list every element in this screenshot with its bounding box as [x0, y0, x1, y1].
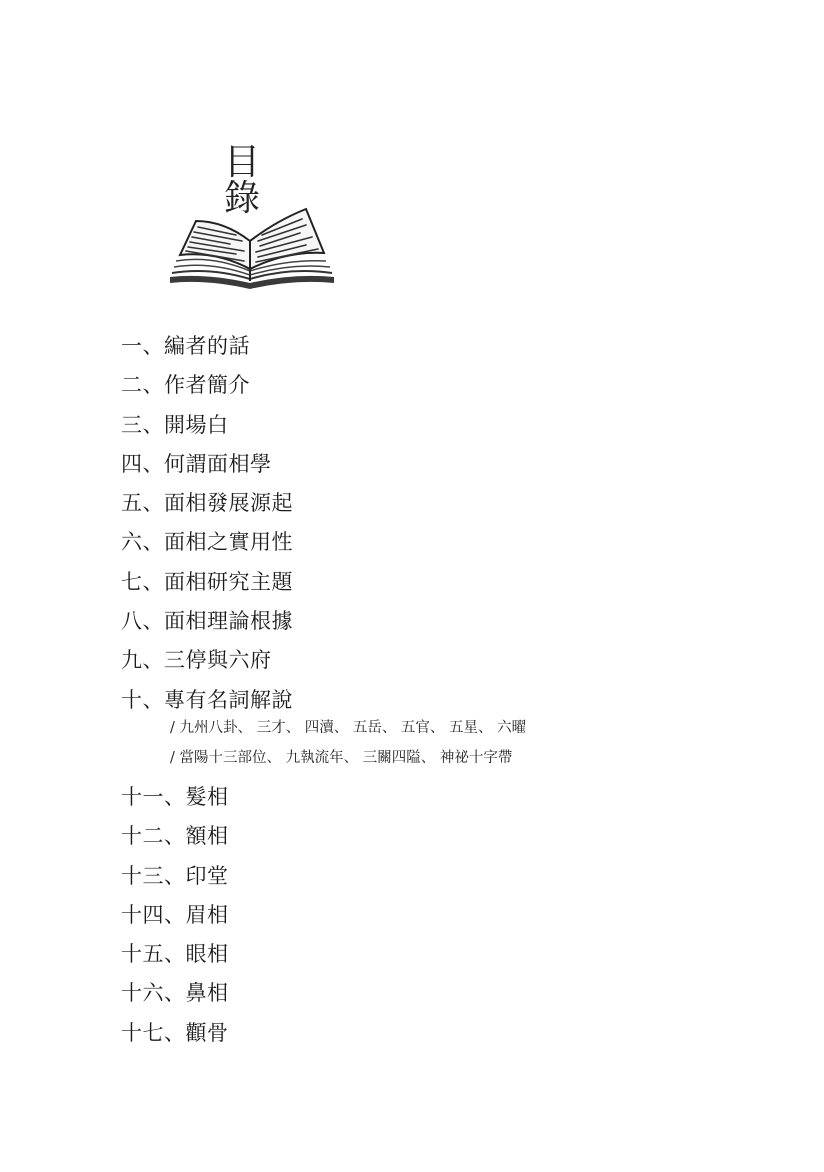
- toc-entry-what-is-physiognomy[interactable]: 四、何謂面相學: [121, 448, 526, 487]
- toc-subentry-terms-2: / 當陽十三部位、 九執流年、 三關四隘、 神祕十字帶: [121, 747, 526, 777]
- toc-entry-hair[interactable]: 十一、髮相: [121, 781, 526, 820]
- toc-entry-three-sections-six-palaces[interactable]: 九、三停與六府: [121, 644, 526, 683]
- open-book-icon: [166, 207, 338, 289]
- toc-entry-origins[interactable]: 五、面相發展源起: [121, 487, 526, 526]
- toc-entry-research-topics[interactable]: 七、面相研究主題: [121, 566, 526, 605]
- toc-entry-eyebrows[interactable]: 十四、眉相: [121, 899, 526, 938]
- toc-entry-editors-note[interactable]: 一、編者的話: [121, 330, 526, 369]
- toc-entry-forehead[interactable]: 十二、額相: [121, 820, 526, 859]
- toc-header: 目 錄: [160, 135, 350, 295]
- toc-entry-author-intro[interactable]: 二、作者簡介: [121, 369, 526, 408]
- toc-entry-eyes[interactable]: 十五、眼相: [121, 938, 526, 977]
- toc-entry-nose[interactable]: 十六、鼻相: [121, 977, 526, 1016]
- toc-entry-practicality[interactable]: 六、面相之實用性: [121, 526, 526, 565]
- toc-entry-cheekbones[interactable]: 十七、顴骨: [121, 1017, 526, 1056]
- toc-entry-yintang[interactable]: 十三、印堂: [121, 860, 526, 899]
- table-of-contents: 一、編者的話 二、作者簡介 三、開場白 四、何謂面相學 五、面相發展源起 六、面…: [121, 330, 526, 1056]
- toc-entry-opening[interactable]: 三、開場白: [121, 409, 526, 448]
- toc-subentry-terms-1: / 九州八卦、 三才、 四瀆、 五岳、 五官、 五星、 六曜: [121, 717, 526, 747]
- toc-entry-theoretical-basis[interactable]: 八、面相理論根據: [121, 605, 526, 644]
- page-title-char-1: 目: [224, 145, 260, 181]
